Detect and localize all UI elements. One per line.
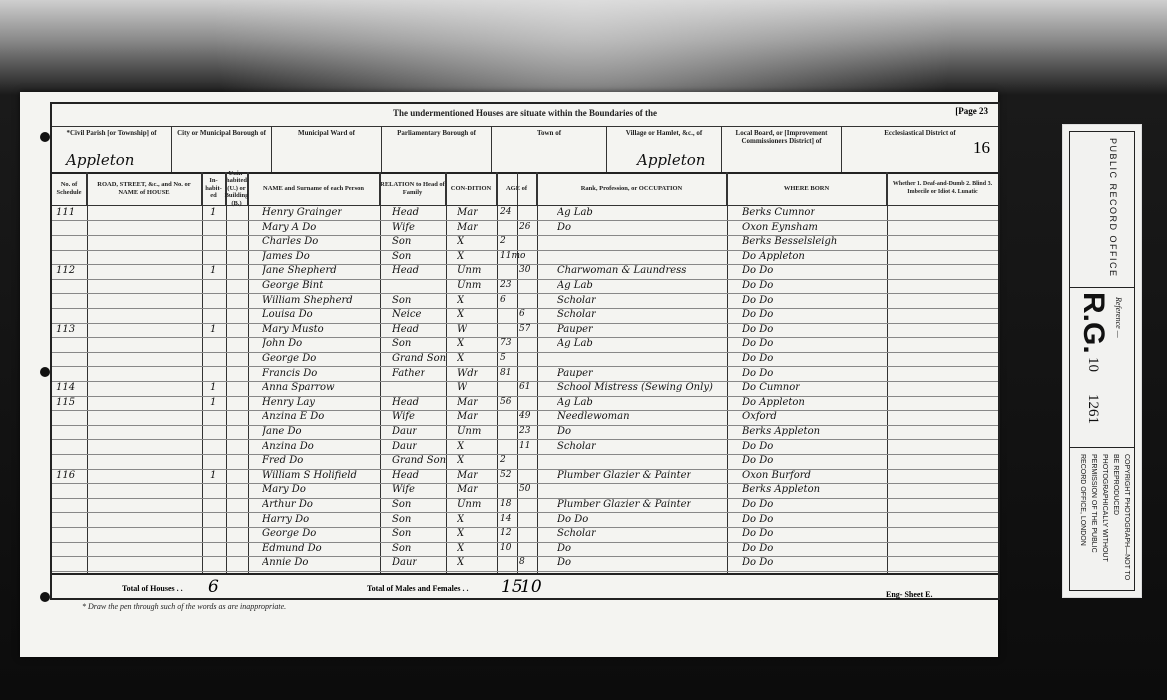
male-age-cell: 11mo	[500, 249, 525, 264]
condition-cell: X	[457, 541, 464, 556]
condition-cell: X	[457, 526, 464, 541]
area-town: Town of	[492, 126, 607, 172]
col-inhabited: In-habit-ed	[202, 172, 226, 205]
where-born-cell: Do Do	[742, 512, 773, 527]
relation-cell: Son	[392, 497, 411, 512]
where-born-cell: Do Do	[742, 293, 773, 308]
female-age-cell: 49	[519, 409, 530, 424]
relation-cell: Son	[392, 526, 411, 541]
name-cell: Arthur Do	[262, 497, 313, 512]
occupation-cell: Ag Lab	[557, 336, 593, 351]
name-cell: Henry Grainger	[262, 205, 342, 220]
occupation-cell: Plumber Glazier & Painter	[557, 468, 691, 483]
name-cell: Mary Musto	[262, 322, 324, 337]
female-age-cell: 11	[519, 439, 530, 454]
female-age-cell: 57	[519, 322, 530, 337]
female-age-cell: 23	[519, 424, 530, 439]
inhabited-cell: 1	[210, 205, 216, 220]
male-age-cell: 23	[500, 278, 511, 293]
condition-cell: Mar	[457, 205, 478, 220]
female-age-cell: 26	[519, 220, 530, 235]
page-number: [Page 23	[955, 106, 988, 116]
name-cell: Charles Do	[262, 234, 318, 249]
relation-cell: Head	[392, 395, 419, 410]
relation-cell: Father	[392, 366, 425, 381]
punch-hole	[40, 592, 50, 602]
name-cell: Francis Do	[262, 366, 317, 381]
total-females: 10	[520, 577, 542, 597]
occupation-cell: Scholar	[557, 439, 596, 454]
inhabited-cell: 1	[210, 322, 216, 337]
condition-cell: Mar	[457, 220, 478, 235]
female-age-cell: 61	[519, 380, 530, 395]
where-born-cell: Berks Appleton	[742, 482, 820, 497]
col-uninhabited: Unin-habited (U.) or Building (B.)	[226, 172, 248, 205]
occupation-cell: Plumber Glazier & Painter	[557, 497, 691, 512]
name-cell: George Do	[262, 526, 316, 541]
area-headers: *Civil Parish [or Township] of Appleton …	[52, 126, 998, 174]
condition-cell: X	[457, 439, 464, 454]
total-houses-label: Total of Houses . .	[122, 584, 183, 593]
schedule-cell: 112	[56, 263, 75, 278]
series-code: R.G.	[1076, 292, 1110, 354]
col-road: ROAD, STREET, &c., and No. or NAME of HO…	[87, 172, 202, 205]
column-headers: No. of Schedule ROAD, STREET, &c., and N…	[52, 172, 998, 206]
inhabited-cell: 1	[210, 263, 216, 278]
condition-cell: X	[457, 555, 464, 570]
condition-cell: X	[457, 249, 464, 264]
relation-cell: Head	[392, 263, 419, 278]
occupation-cell: Ag Lab	[557, 278, 593, 293]
occupation-cell: Pauper	[557, 322, 593, 337]
inhabited-cell: 1	[210, 395, 216, 410]
area-municipal-ward: Municipal Ward of	[272, 126, 382, 172]
name-cell: Fred Do	[262, 453, 303, 468]
occupation-cell: Needlewoman	[557, 409, 630, 424]
male-age-cell: 73	[500, 336, 511, 351]
where-born-cell: Do Do	[742, 263, 773, 278]
where-born-cell: Berks Besselsleigh	[742, 234, 837, 249]
where-born-cell: Do Do	[742, 497, 773, 512]
col-condition: CON-DITION	[446, 172, 497, 205]
male-age-cell: 2	[500, 234, 506, 249]
relation-cell: Son	[392, 541, 411, 556]
occupation-cell: Do	[557, 555, 571, 570]
schedule-cell: 116	[56, 468, 75, 483]
where-born-cell: Do Do	[742, 322, 773, 337]
col-occupation: Rank, Profession, or OCCUPATION	[537, 172, 727, 205]
condition-cell: Mar	[457, 395, 478, 410]
male-age-cell: 14	[500, 512, 511, 527]
relation-cell: Grand Son	[392, 453, 446, 468]
office-label: PUBLIC RECORD OFFICE	[1108, 138, 1118, 278]
name-cell: Louisa Do	[262, 307, 313, 322]
male-age-cell: 56	[500, 395, 511, 410]
relation-cell: Daur	[392, 555, 417, 570]
male-age-cell: 81	[500, 366, 511, 381]
name-cell: George Do	[262, 351, 316, 366]
name-cell: George Bint	[262, 278, 323, 293]
relation-cell: Daur	[392, 439, 417, 454]
occupation-cell: Ag Lab	[557, 395, 593, 410]
relation-cell: Wife	[392, 482, 415, 497]
condition-cell: Mar	[457, 468, 478, 483]
condition-cell: X	[457, 453, 464, 468]
where-born-cell: Do Do	[742, 541, 773, 556]
condition-cell: Unm	[457, 278, 481, 293]
relation-cell: Son	[392, 249, 411, 264]
form-header: The undermentioned Houses are situate wi…	[52, 104, 998, 127]
boundary-title: The undermentioned Houses are situate wi…	[52, 108, 998, 118]
condition-cell: X	[457, 293, 464, 308]
where-born-cell: Do Do	[742, 307, 773, 322]
name-cell: Anna Sparrow	[262, 380, 335, 395]
piece-number: 10	[1084, 357, 1101, 372]
relation-cell: Head	[392, 468, 419, 483]
occupation-cell: School Mistress (Sewing Only)	[557, 380, 713, 395]
col-infirmity: Whether 1. Deaf-and-Dumb 2. Blind 3. Imb…	[887, 172, 998, 205]
condition-cell: X	[457, 336, 464, 351]
occupation-cell: Pauper	[557, 366, 593, 381]
where-born-cell: Berks Appleton	[742, 424, 820, 439]
schedule-cell: 113	[56, 322, 75, 337]
col-where-born: WHERE BORN	[727, 172, 887, 205]
condition-cell: Mar	[457, 409, 478, 424]
male-age-cell: 5	[500, 351, 506, 366]
census-form: The undermentioned Houses are situate wi…	[50, 102, 1000, 600]
punch-hole	[40, 132, 50, 142]
male-age-cell: 12	[500, 526, 511, 541]
where-born-cell: Do Do	[742, 555, 773, 570]
male-age-cell: 52	[500, 468, 511, 483]
where-born-cell: Do Do	[742, 526, 773, 541]
occupation-cell: Do	[557, 424, 571, 439]
relation-cell: Daur	[392, 424, 417, 439]
relation-cell: Wife	[392, 409, 415, 424]
relation-cell: Wife	[392, 220, 415, 235]
condition-cell: Wdr	[457, 366, 478, 381]
area-village: Village or Hamlet, &c., of Appleton	[607, 126, 722, 172]
condition-cell: X	[457, 512, 464, 527]
occupation-cell: Charwoman & Laundress	[557, 263, 686, 278]
relation-cell: Son	[392, 234, 411, 249]
where-born-cell: Oxford	[742, 409, 777, 424]
relation-cell: Son	[392, 293, 411, 308]
name-cell: Jane Do	[262, 424, 302, 439]
condition-cell: Unm	[457, 497, 481, 512]
where-born-cell: Oxon Eynsham	[742, 220, 818, 235]
where-born-cell: Do Do	[742, 336, 773, 351]
name-cell: James Do	[262, 249, 310, 264]
where-born-cell: Do Appleton	[742, 249, 805, 264]
condition-cell: W	[457, 380, 467, 395]
footnote: * Draw the pen through such of the words…	[82, 602, 286, 611]
occupation-cell: Do	[557, 541, 571, 556]
female-age-cell: 6	[519, 307, 525, 322]
census-row: Annie DoDaurX8DoDo Do	[52, 555, 998, 571]
archive-reference-tag: PUBLIC RECORD OFFICE Reference — R.G. 10…	[1062, 124, 1142, 598]
where-born-cell: Do Cumnor	[742, 380, 800, 395]
condition-cell: X	[457, 307, 464, 322]
copyright-notice: COPYRIGHT PHOTOGRAPH—NOT TO BE REPRODUCE…	[1076, 454, 1132, 582]
relation-cell: Neice	[392, 307, 421, 322]
relation-cell: Son	[392, 336, 411, 351]
name-cell: William Shepherd	[262, 293, 353, 308]
condition-cell: W	[457, 322, 467, 337]
occupation-cell: Scholar	[557, 307, 596, 322]
relation-cell: Head	[392, 322, 419, 337]
name-cell: Edmund Do	[262, 541, 322, 556]
name-cell: Anzina E Do	[262, 409, 324, 424]
name-cell: Henry Lay	[262, 395, 315, 410]
name-cell: Anzina Do	[262, 439, 314, 454]
inhabited-cell: 1	[210, 468, 216, 483]
where-born-cell: Do Do	[742, 453, 773, 468]
name-cell: William S Holifield	[262, 468, 357, 483]
schedule-cell: 111	[56, 205, 75, 220]
area-local-board: Local Board, or [Improvement Commissione…	[722, 126, 842, 172]
area-parliamentary-borough: Parliamentary Borough of	[382, 126, 492, 172]
where-born-cell: Berks Cumnor	[742, 205, 815, 220]
name-cell: Annie Do	[262, 555, 308, 570]
occupation-cell: Do Do	[557, 512, 588, 527]
inhabited-cell: 1	[210, 380, 216, 395]
schedule-cell: 115	[56, 395, 75, 410]
totals-row: Total of Houses . . 6 Total of Males and…	[52, 573, 998, 602]
relation-cell: Head	[392, 205, 419, 220]
where-born-cell: Do Do	[742, 278, 773, 293]
male-age-cell: 10	[500, 541, 511, 556]
name-cell: Mary A Do	[262, 220, 316, 235]
schedule-cell: 114	[56, 380, 75, 395]
condition-cell: Mar	[457, 482, 478, 497]
occupation-cell: Scholar	[557, 526, 596, 541]
occupation-cell: Do	[557, 220, 571, 235]
census-sheet: The undermentioned Houses are situate wi…	[20, 92, 998, 657]
male-age-cell: 24	[500, 205, 511, 220]
where-born-cell: Do Do	[742, 366, 773, 381]
male-age-cell: 6	[500, 293, 506, 308]
occupation-cell: Scholar	[557, 293, 596, 308]
where-born-cell: Do Appleton	[742, 395, 805, 410]
female-age-cell: 50	[519, 482, 530, 497]
where-born-cell: Do Do	[742, 439, 773, 454]
total-houses-value: 6	[208, 577, 219, 597]
area-municipal-borough: City or Municipal Borough of	[172, 126, 272, 172]
reference-label: Reference —	[1114, 297, 1123, 338]
female-age-cell: 8	[519, 555, 525, 570]
occupation-cell: Ag Lab	[557, 205, 593, 220]
female-age-cell: 30	[519, 263, 530, 278]
name-cell: Jane Shepherd	[262, 263, 337, 278]
male-age-cell: 18	[500, 497, 511, 512]
condition-cell: X	[457, 351, 464, 366]
male-age-cell: 2	[500, 453, 506, 468]
condition-cell: Unm	[457, 263, 481, 278]
col-schedule: No. of Schedule	[52, 172, 87, 205]
col-relation: RELATION to Head of Family	[380, 172, 446, 205]
condition-cell: Unm	[457, 424, 481, 439]
name-cell: Harry Do	[262, 512, 309, 527]
sheet-label: Eng- Sheet E.	[886, 590, 932, 599]
where-born-cell: Do Do	[742, 351, 773, 366]
name-cell: John Do	[262, 336, 302, 351]
total-persons-label: Total of Males and Females . .	[367, 584, 468, 593]
area-ecclesiastical-district: Ecclesiastical District of 16	[842, 126, 998, 172]
name-cell: Mary Do	[262, 482, 306, 497]
relation-cell: Son	[392, 512, 411, 527]
where-born-cell: Oxon Burford	[742, 468, 811, 483]
relation-cell: Grand Son	[392, 351, 446, 366]
punch-hole	[40, 367, 50, 377]
col-name: NAME and Surname of each Person	[248, 172, 380, 205]
condition-cell: X	[457, 234, 464, 249]
area-civil-parish: *Civil Parish [or Township] of Appleton	[52, 126, 172, 172]
folio-number: 1261	[1084, 394, 1101, 424]
